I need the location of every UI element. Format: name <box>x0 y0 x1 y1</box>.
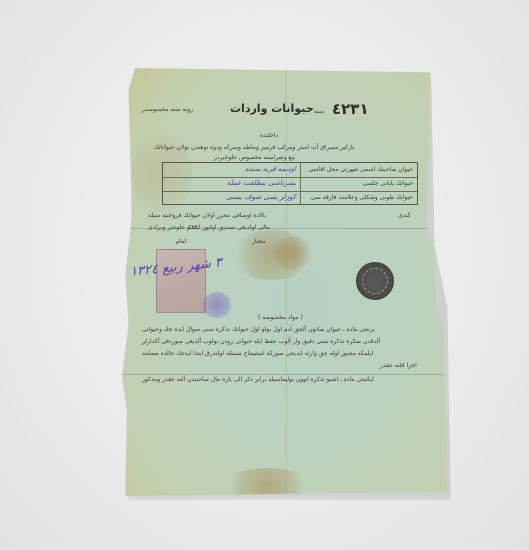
imam-label: امام <box>176 238 186 245</box>
printed-label: حيوانك طونى وشكلى وعلامت فارقه سى <box>311 194 413 201</box>
document-title: حيوانات واردات <box>230 102 314 115</box>
document-subtitle: داخلنده <box>260 132 278 139</box>
year-suffix: سنه <box>314 108 324 115</box>
printed-label: حيوانك يابانى جلسى <box>362 180 413 187</box>
water-stain <box>272 236 312 270</box>
section-heading: ( مواد مخصوصه ) <box>258 314 303 321</box>
table-value-cell: بشرتاشى بيطلفت عمله <box>163 177 300 191</box>
handwritten-value: بشرتاشى بيطلفت عمله <box>227 179 296 187</box>
table-row: كوزلر يسى صوف يبسى حيوانك طونى وشكلى وعل… <box>163 191 417 205</box>
table-row: اوديمه قريه سنده حيوان صاحبنك اسمى شهرتى… <box>163 163 417 178</box>
table-row: بشرتاشى بيطلفت عمله حيوانك يابانى جلسى <box>163 177 417 192</box>
intro-line-1: بازكير مصراق آت استر ومركب قرميز وماطه و… <box>154 144 354 151</box>
table-value-cell: اوديمه قريه سنده <box>163 163 300 177</box>
left-header-text: رويه سنه مخصوصدر <box>142 106 193 113</box>
date-line: ٣٢٤ <box>188 224 198 231</box>
article-1-line: ايلمكه مجبور اوله جق وارثه ايديجى صوركه … <box>142 350 373 357</box>
table-label-cell: حيوانك يابانى جلسى <box>300 177 417 191</box>
handwritten-value: كوزلر يسى صوف يبسى <box>226 193 296 201</box>
article-1-line: اجرا قلنه جقدر <box>380 362 417 369</box>
article-2-line: ايكنجى ماده ـ اشبو تذكره ايپون بوليماسيل… <box>142 376 374 383</box>
intro-line-2: بيع وشراسنه مخصوص علوخبردر <box>214 154 295 161</box>
statement-line-1-suffix: كندى <box>398 212 411 219</box>
document-year: ١٣٢٤ <box>332 100 369 118</box>
fold-line <box>286 68 287 496</box>
purple-ink-seal <box>202 292 232 318</box>
table-value-cell: كوزلر يسى صوف يبسى <box>163 191 300 205</box>
animal-info-table: اوديمه قريه سنده حيوان صاحبنك اسمى شهرتى… <box>162 162 418 205</box>
printed-label: حيوان صاحبنك اسمى شهرتى محل اقامتى <box>309 166 414 173</box>
handwritten-value: اوديمه قريه سنده <box>245 165 296 173</box>
official-black-seal <box>356 262 394 300</box>
ottoman-document: رويه سنه مخصوصدر حيوانات واردات سنه ١٣٢٤… <box>122 68 450 496</box>
statement-line-2: مالى اولديغى تصديق اولنور ايشبو علوخبر و… <box>148 224 270 231</box>
article-1-line: آلدقدن صكره تذكره سنى دقيق وار آلوب حفظ … <box>142 338 380 345</box>
table-label-cell: حيوانك طونى وشكلى وعلامت فارقه سى <box>300 191 417 205</box>
mukhtar-label: مختار <box>252 238 266 245</box>
statement-line-1: بالاده اوصافى محرر اولان حيوانك فروختيه … <box>148 212 266 219</box>
table-label-cell: حيوان صاحبنك اسمى شهرتى محل اقامتى <box>300 163 417 177</box>
article-1-line: برنجى ماده ـ حيوان صاتون آلجق آدم اول بو… <box>142 326 375 333</box>
